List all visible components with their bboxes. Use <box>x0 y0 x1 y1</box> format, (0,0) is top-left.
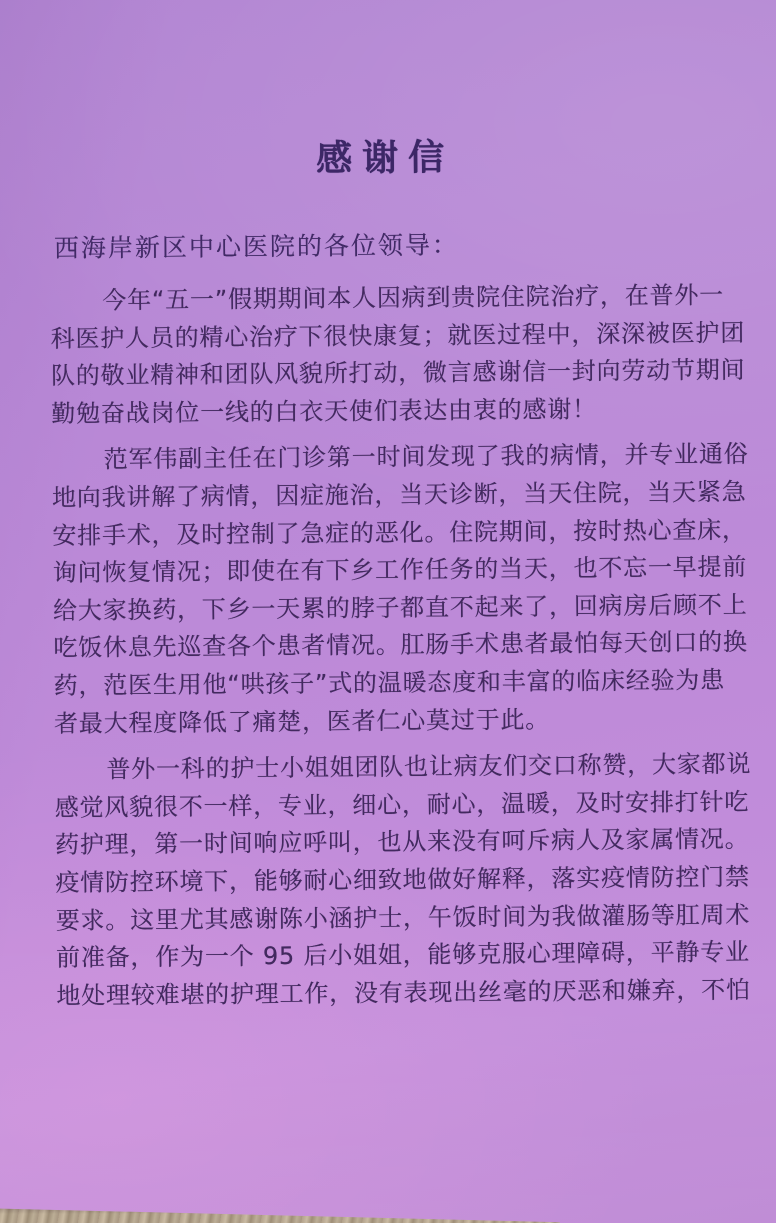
letter-line: 感觉风貌很不一样，专业，细心，耐心，温暖，及时安排打针吃 <box>55 784 755 828</box>
letter-salutation: 西海岸新区中心医院的各位领导： <box>54 225 459 265</box>
letter-line: 询问恢复情况；即使在有下乡工作任务的当天，也不忘一早提前 <box>53 549 753 593</box>
letter-line: 药护理，第一时间响应呼叫，也从来没有呵斥病人及家属情况。 <box>55 821 755 865</box>
letter-line: 疫情防控环境下，能够耐心细致地做好解释，落实疫情防控门禁 <box>55 859 755 903</box>
letter-title: 感谢信 <box>0 127 773 185</box>
letter-page: 感谢信 西海岸新区中心医院的各位领导： 今年“五一”假期期间本人因病到贵院住院治… <box>0 0 776 1223</box>
letter-line: 今年“五一”假期期间本人因病到贵院住院治疗，在普外一 <box>50 277 750 321</box>
letter-line: 安排手术，及时控制了急症的恶化。住院期间，按时热心查床， <box>52 511 752 555</box>
letter-line: 者最大程度降低了痛楚，医者仁心莫过于此。 <box>54 699 754 743</box>
letter-paragraph: 今年“五一”假期期间本人因病到贵院住院治疗，在普外一科医护人员的精心治疗下很快康… <box>50 277 751 433</box>
letter-line: 给大家换药，下乡一天累的脖子都直不起来了，回病房后顾不上 <box>53 587 753 631</box>
letter-paragraph: 范军伟副主任在门诊第一时间发现了我的病情，并专业通俗地向我讲解了病情，因症施治，… <box>52 436 755 743</box>
letter-photo: 感谢信 西海岸新区中心医院的各位领导： 今年“五一”假期期间本人因病到贵院住院治… <box>0 0 776 1223</box>
letter-line: 前准备，作为一个 95 后小姐姐，能够克服心理障碍，平静专业 <box>56 934 756 978</box>
letter-body: 今年“五一”假期期间本人因病到贵院住院治疗，在普外一科医护人员的精心治疗下很快康… <box>50 277 756 1024</box>
letter-line: 药，范医生用他“哄孩子”式的温暖态度和丰富的临床经验为患 <box>54 662 754 706</box>
letter-line: 科医护人员的精心治疗下很快康复；就医过程中，深深被医护团 <box>51 314 751 358</box>
letter-line: 范军伟副主任在门诊第一时间发现了我的病情，并专业通俗 <box>52 436 752 480</box>
letter-line: 吃饭休息先巡查各个患者情况。肛肠手术患者最怕每天创口的换 <box>53 624 753 668</box>
letter-line: 勤勉奋战岗位一线的白衣天使们表达由衷的感谢！ <box>51 390 751 434</box>
letter-line: 要求。这里尤其感谢陈小涵护士，午饭时间为我做灌肠等肛周术 <box>56 896 756 940</box>
letter-paragraph: 普外一科的护士小姐姐团队也让病友们交口称赞，大家都说感觉风貌很不一样，专业，细心… <box>54 746 756 1015</box>
letter-line: 队的敬业精神和团队风貌所打动，微言感谢信一封向劳动节期间 <box>51 352 751 396</box>
letter-line: 地向我讲解了病情，因症施治，当天诊断，当天住院，当天紧急 <box>52 474 752 518</box>
letter-line: 地处理较难堪的护理工作，没有表现出丝毫的厌恶和嫌弃，不怕 <box>56 971 756 1015</box>
letter-line: 普外一科的护士小姐姐团队也让病友们交口称赞，大家都说 <box>54 746 754 790</box>
